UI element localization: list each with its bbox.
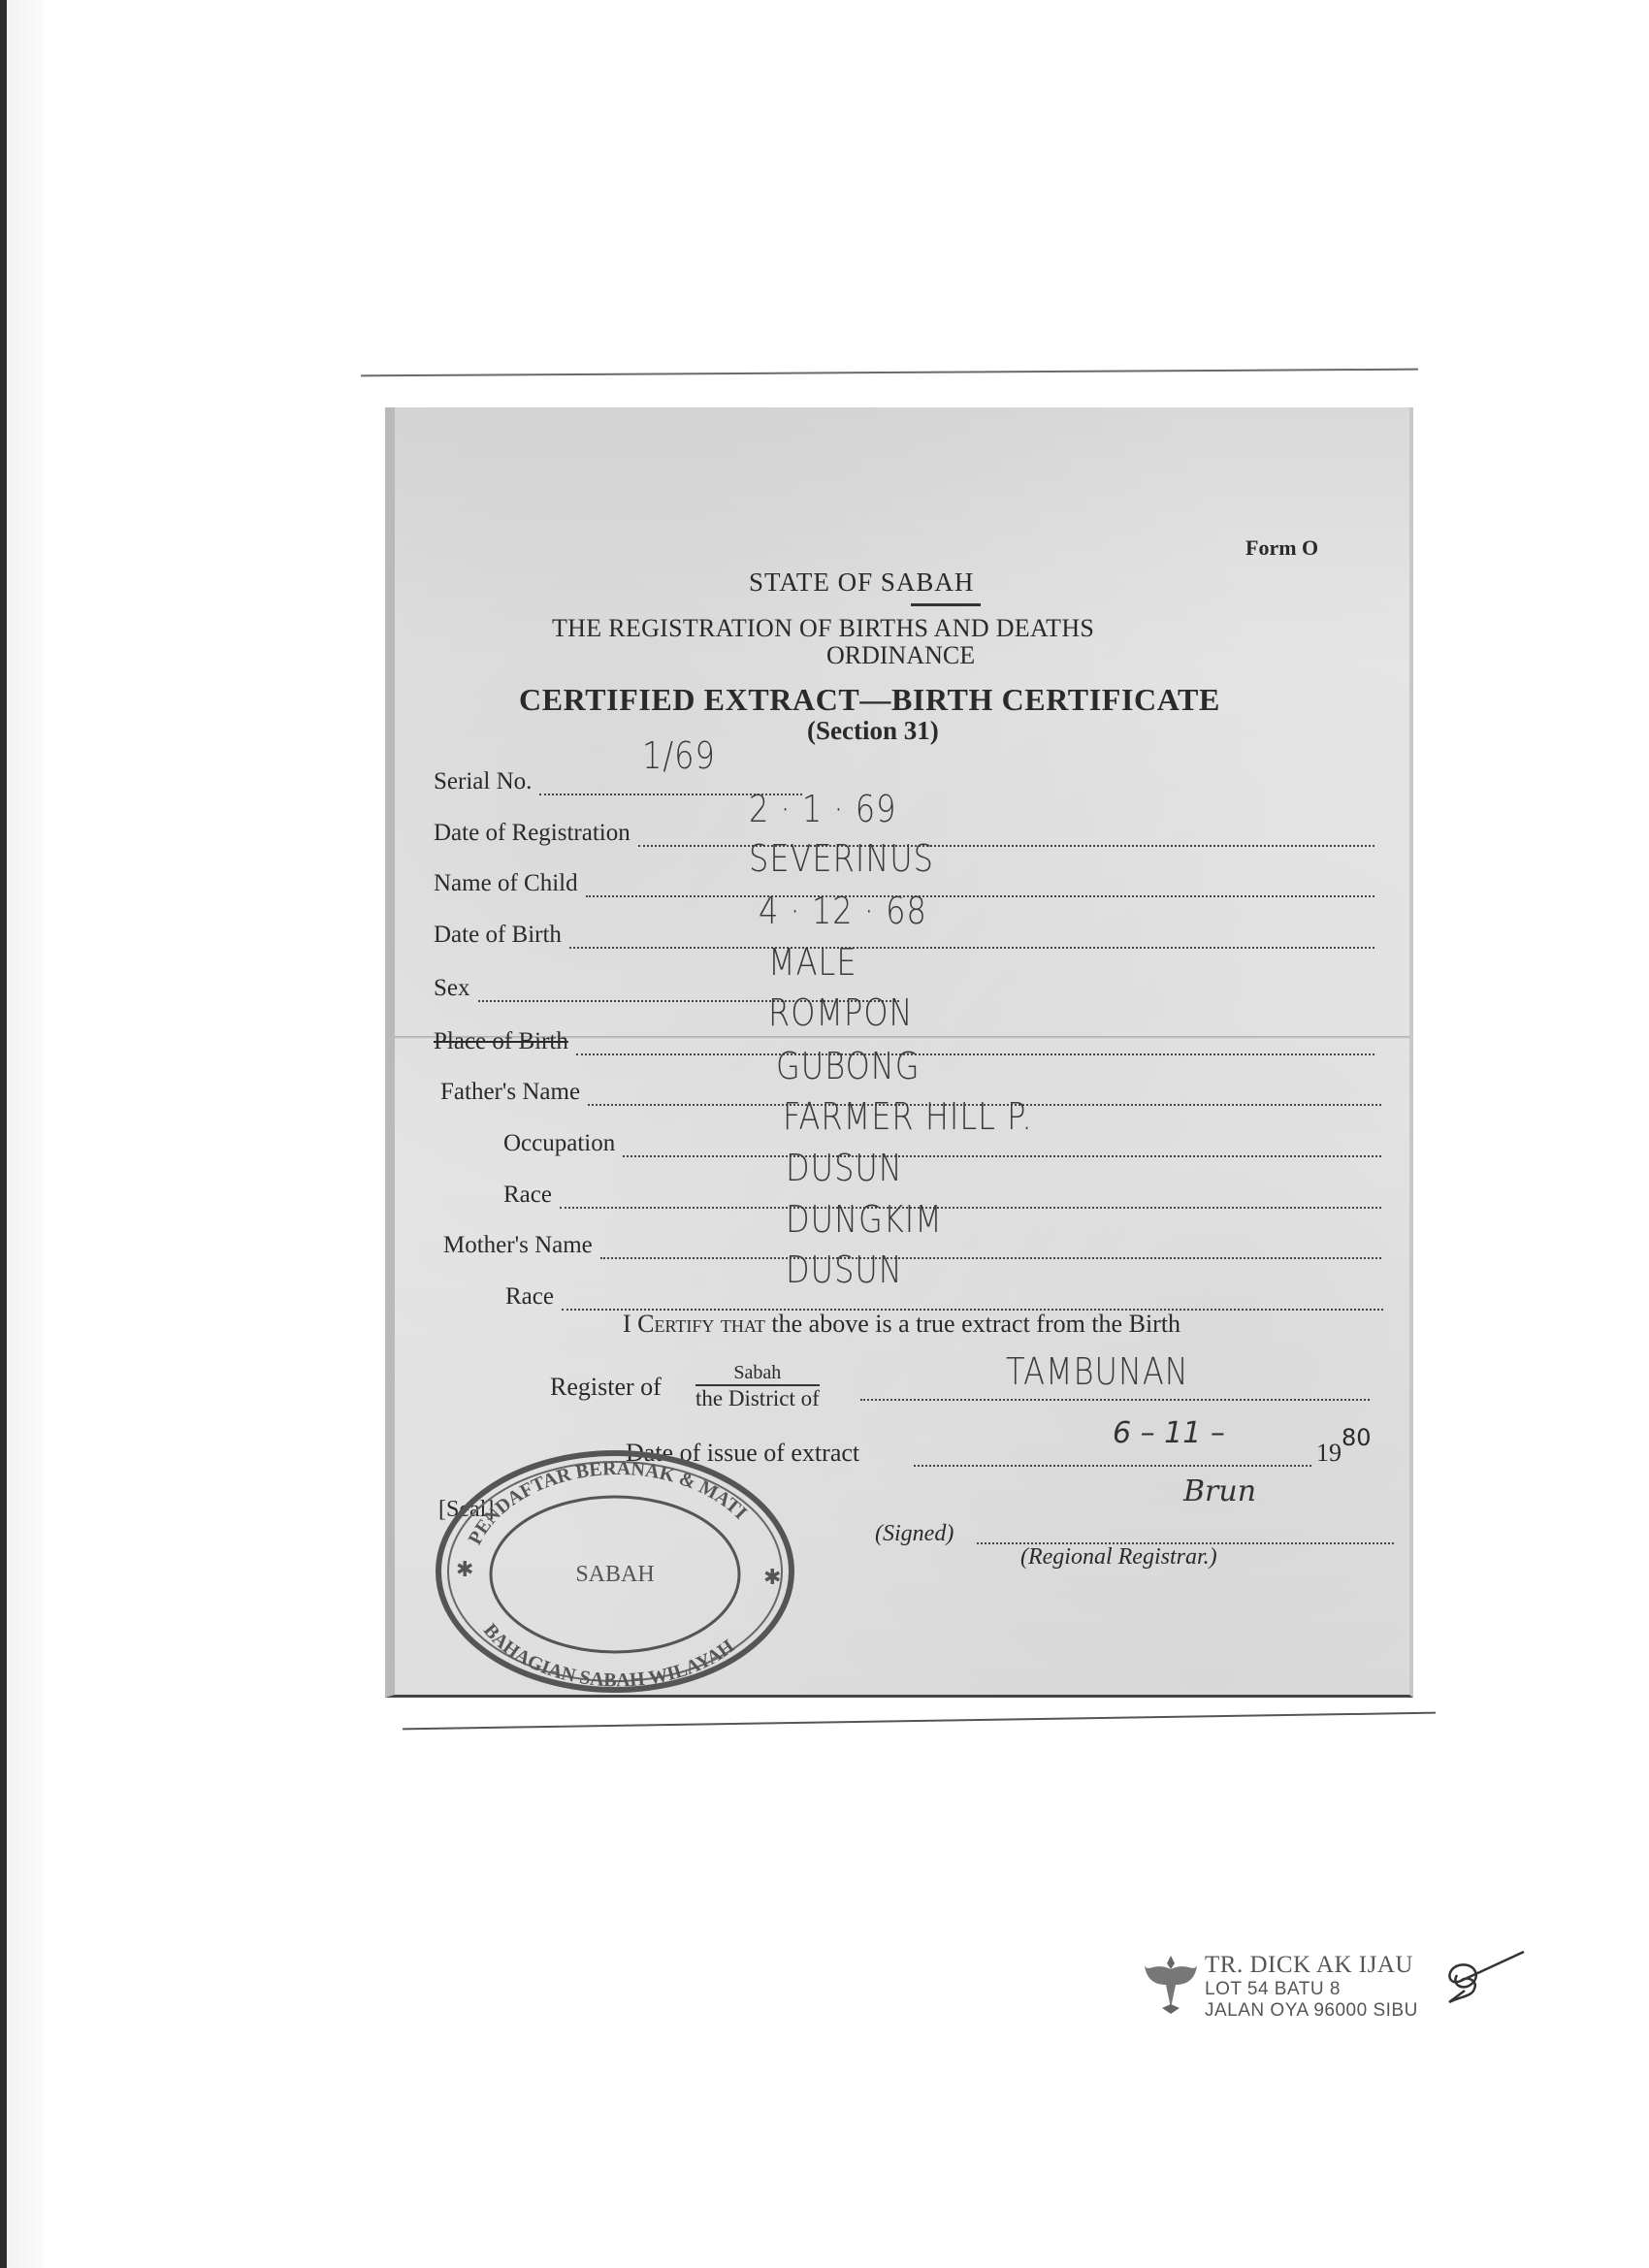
field-label: Father's Name (440, 1079, 580, 1106)
state-heading: STATE OF SABAH (749, 567, 974, 598)
stamp-name: TR. DICK AK IJAU (1205, 1952, 1418, 1979)
field-label: Sex (434, 975, 470, 1002)
field-serial-no: Serial No. (434, 768, 802, 795)
star-icon: ✱ (763, 1565, 781, 1589)
fraction-top: Sabah (695, 1362, 820, 1386)
registrar-label: (Regional Registrar.) (1020, 1544, 1217, 1571)
stamp-address-1: LOT 54 BATU 8 (1205, 1979, 1418, 2000)
field-label: Name of Child (434, 870, 578, 897)
register-of-label: Register of (550, 1373, 662, 1402)
issue-year-prefix: 19 (1316, 1439, 1342, 1467)
field-label: Date of Birth (434, 922, 562, 949)
field-label: Occupation (503, 1130, 615, 1157)
field-value-fathers-name: GUBONG (776, 1044, 921, 1088)
eagle-crest-icon (1143, 1952, 1199, 2016)
handwritten-signature-mark (1441, 1946, 1529, 2014)
photocopy-edge-bottom (403, 1712, 1436, 1731)
birth-certificate: Form O STATE OF SABAH THE REGISTRATION O… (385, 407, 1413, 1698)
section-reference: (Section 31) (807, 716, 939, 746)
ordinance-line-1: THE REGISTRATION OF BIRTHS AND DEATHS (552, 614, 1094, 643)
field-value-place-of-birth: ROMPON (768, 990, 913, 1035)
ordinance-line-2: ORDINANCE (826, 641, 975, 670)
district-dotted-line (860, 1399, 1370, 1401)
form-label: Form O (1245, 535, 1318, 561)
field-label: Mother's Name (443, 1232, 593, 1259)
signed-label: (Signed) (875, 1521, 954, 1547)
field-mother-race: Race (505, 1283, 1383, 1311)
issue-year-value: 80 (1342, 1424, 1372, 1451)
issue-date-dotted-line (914, 1465, 1311, 1467)
fraction-bottom: the District of (695, 1386, 820, 1411)
star-icon: ✱ (456, 1557, 473, 1581)
certify-text: the above is a true extract from the Bir… (765, 1310, 1180, 1338)
heading-rule (911, 603, 981, 606)
field-label: Race (505, 1283, 554, 1311)
field-value-sex: MALE (768, 940, 857, 985)
certificate-title: CERTIFIED EXTRACT—BIRTH CERTIFICATE (519, 682, 1220, 718)
field-value-date-of-birth: 4 · 12 · 68 (759, 889, 927, 933)
field-label: Serial No. (434, 768, 532, 795)
field-value-serial-no: 1/69 (642, 733, 716, 778)
district-value: TAMBUNAN (1006, 1349, 1189, 1394)
field-value-father-race: DUSUN (786, 1146, 903, 1190)
seal-center-text: SABAH (575, 1562, 654, 1587)
field-value-date-of-registration: 2 · 1 · 69 (749, 787, 896, 831)
issue-date-value: 6 – 11 – (1113, 1416, 1225, 1450)
scanner-edge (0, 0, 7, 2268)
field-value-mothers-name: DUNGKIM (786, 1197, 943, 1242)
field-value-mother-race: DUSUN (786, 1247, 903, 1292)
registrar-signature: Brun (1183, 1474, 1256, 1508)
photocopy-edge-top (361, 369, 1418, 377)
issue-year: 1980 (1316, 1439, 1372, 1468)
certify-prefix: I Certify that (623, 1310, 765, 1338)
official-seal-stamp: PENDAFTAR BERANAK & MATI BAHAGIAN SABAH … (429, 1441, 802, 1698)
field-value-occupation: FARMER HILL P. (783, 1094, 1033, 1139)
stamp-text: TR. DICK AK IJAU LOT 54 BATU 8 JALAN OYA… (1205, 1952, 1418, 2022)
scanner-margin (7, 0, 44, 2268)
field-value-name-of-child: SEVERINUS (749, 836, 934, 881)
field-label: Date of Registration (434, 820, 630, 847)
field-label: Race (503, 1182, 552, 1209)
stamp-address-2: JALAN OYA 96000 SIBU (1205, 2000, 1418, 2022)
certification-statement: I Certify that the above is a true extra… (623, 1310, 1180, 1339)
commissioner-stamp: TR. DICK AK IJAU LOT 54 BATU 8 JALAN OYA… (1143, 1950, 1531, 2047)
register-fraction: Sabah the District of (695, 1362, 820, 1411)
field-label: Place of Birth (434, 1028, 568, 1055)
